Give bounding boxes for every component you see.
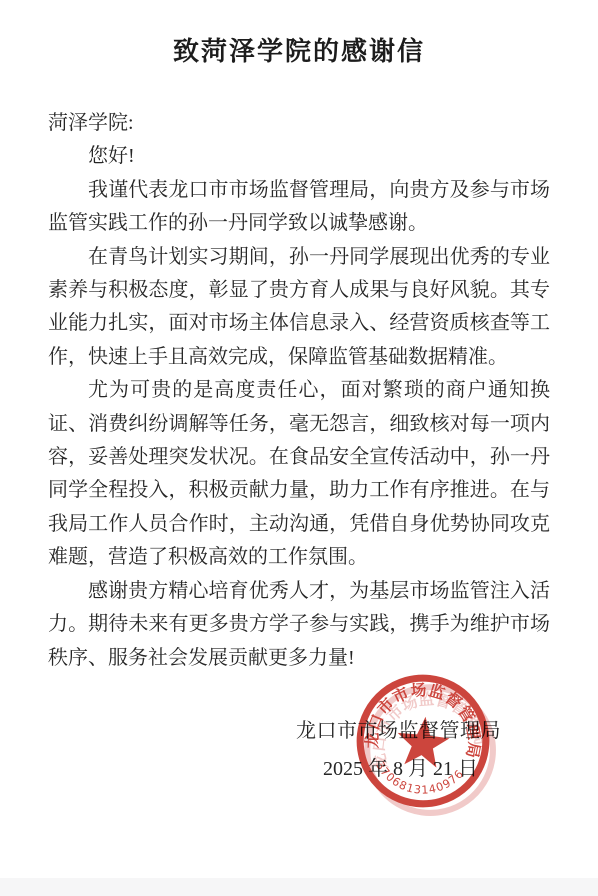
page-bottom-edge	[0, 878, 598, 896]
salutation: 菏泽学院:	[48, 107, 550, 140]
letter-title: 致菏泽学院的感谢信	[0, 0, 598, 68]
greeting-line: 您好!	[48, 140, 550, 173]
date-line: 2025 年 8 月 21 日	[323, 752, 478, 781]
paragraph-1: 我谨代表龙口市市场监督管理局，向贵方及参与市场监管实践工作的孙一丹同学致以诚挚感…	[48, 174, 550, 241]
letter-body: 菏泽学院: 您好! 我谨代表龙口市市场监督管理局，向贵方及参与市场监管实践工作的…	[0, 107, 598, 675]
official-seal: 龙口市市场监督管理局 龙口市市场监督管理局 3706813140976	[347, 667, 499, 819]
paragraph-4: 感谢贵方精心培育优秀人才，为基层市场监管注入活力。期待未来有更多贵方学子参与实践…	[48, 575, 550, 675]
signature-line: 龙口市市场监督管理局	[296, 714, 501, 743]
paragraph-3: 尤为可贵的是高度责任心，面对繁琐的商户通知换证、消费纠纷调解等任务，毫无怨言，细…	[48, 374, 550, 574]
letter-page: 致菏泽学院的感谢信 菏泽学院: 您好! 我谨代表龙口市市场监督管理局，向贵方及参…	[0, 0, 598, 896]
paragraph-2: 在青鸟计划实习期间，孙一丹同学展现出优秀的专业素养与积极态度，彰显了贵方育人成果…	[48, 241, 550, 375]
seal-ghost: 龙口市市场监督管理局	[354, 674, 499, 819]
